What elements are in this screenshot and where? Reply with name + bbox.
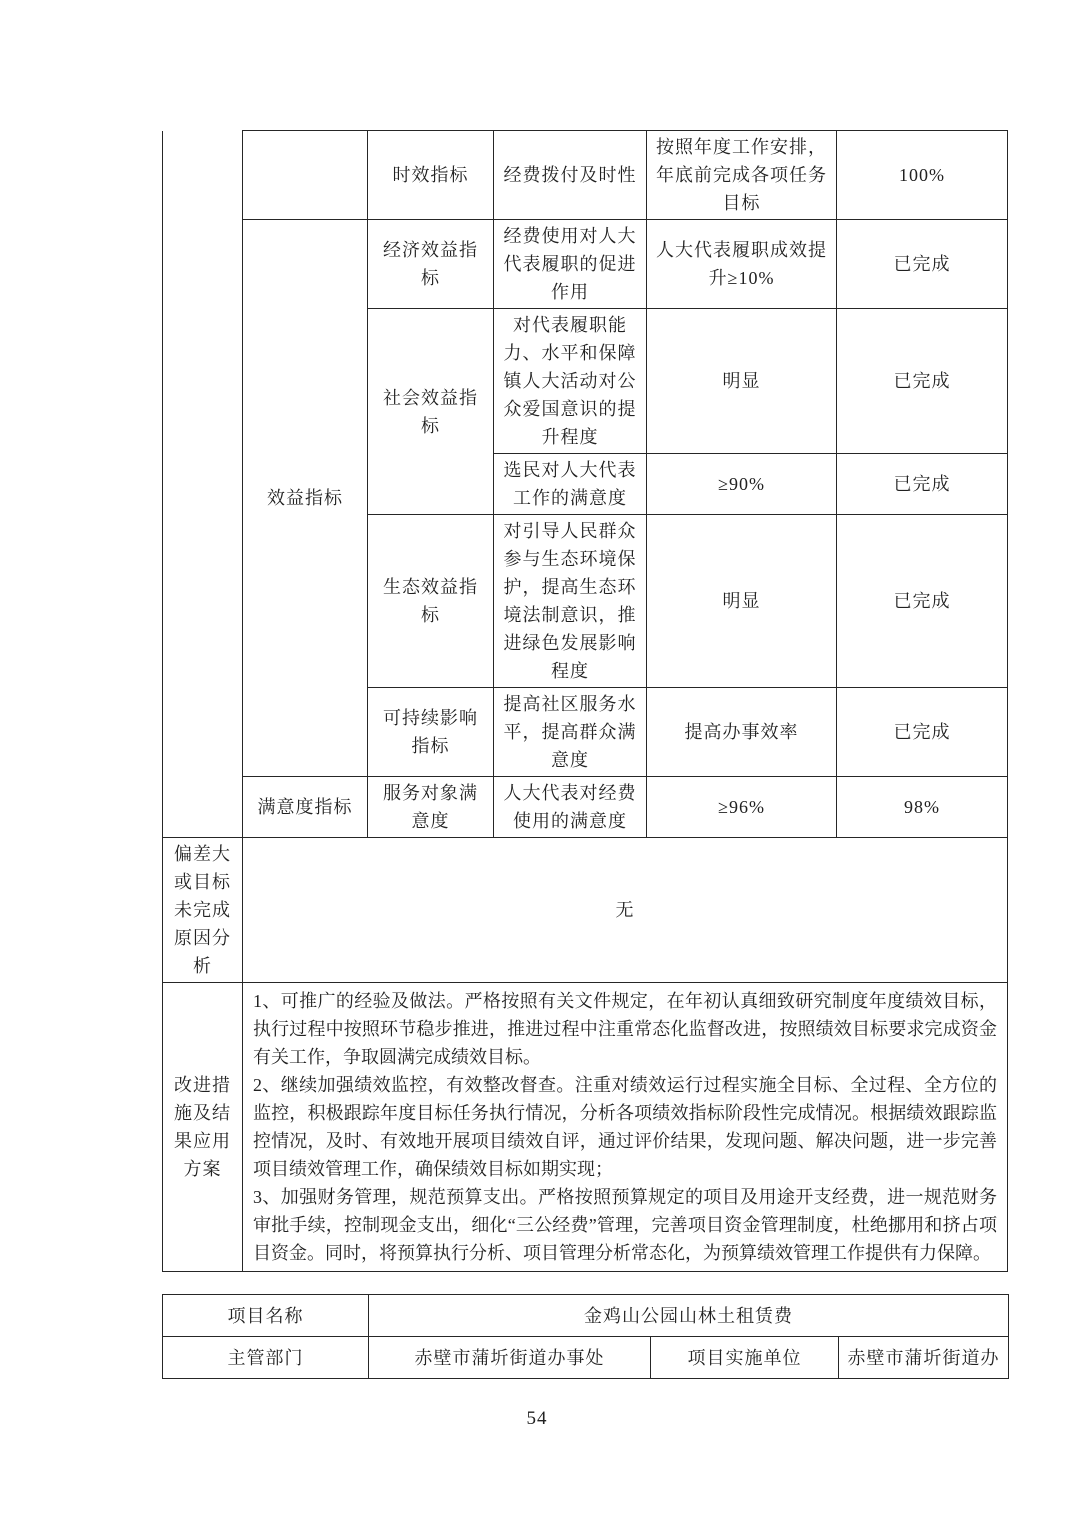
cell-label-dept: 主管部门	[163, 1337, 369, 1379]
document-page: 时效指标 经费拨付及时性 按照年度工作安排，年底前完成各项任务目标 100% 效…	[0, 0, 1074, 1520]
cell-name-social-b: 选民对人大代表工作的满意度	[494, 454, 647, 515]
cell-category-benefit: 效益指标	[243, 220, 368, 777]
cell-target-ecological: 明显	[647, 515, 837, 688]
cell-target-timeliness: 按照年度工作安排，年底前完成各项任务目标	[647, 131, 837, 220]
cell-value-impl-unit: 赤壁市蒲圻街道办	[839, 1337, 1009, 1379]
project-info-table: 项目名称 金鸡山公园山林土租赁费 主管部门 赤壁市蒲圻街道办事处 项目实施单位 …	[162, 1294, 1009, 1379]
improvement-paragraph-2: 2、继续加强绩效监控，有效整改督查。注重对绩效运行过程实施全目标、全过程、全方位…	[253, 1071, 997, 1183]
cell-type-sustainable: 可持续影响指标	[368, 688, 494, 777]
cell-continued-category-empty	[163, 131, 243, 838]
cell-target-sustainable: 提高办事效率	[647, 688, 837, 777]
cell-result-ecological: 已完成	[837, 515, 1008, 688]
cell-name-social-a: 对代表履职能力、水平和保障镇人大活动对公众爱国意识的提升程度	[494, 309, 647, 454]
cell-type-ecological: 生态效益指标	[368, 515, 494, 688]
cell-label-impl-unit: 项目实施单位	[651, 1337, 839, 1379]
cell-label-improvement-plan: 改进措施及结果应用方案	[163, 983, 243, 1272]
cell-type-satisfaction: 服务对象满意度	[368, 777, 494, 838]
cell-content-deviation-analysis: 无	[243, 838, 1008, 983]
performance-indicator-table: 时效指标 经费拨付及时性 按照年度工作安排，年底前完成各项任务目标 100% 效…	[162, 130, 1008, 1272]
cell-type-timeliness: 时效指标	[368, 131, 494, 220]
cell-content-improvement-plan: 1、可推广的经验及做法。严格按照有关文件规定，在年初认真细致研究制度年度绩效目标…	[243, 983, 1008, 1272]
cell-target-social-b: ≥90%	[647, 454, 837, 515]
improvement-paragraph-3: 3、加强财务管理，规范预算支出。严格按照预算规定的项目及用途开支经费，进一规范财…	[253, 1183, 997, 1267]
cell-target-satisfaction: ≥96%	[647, 777, 837, 838]
cell-value-dept: 赤壁市蒲圻街道办事处	[369, 1337, 651, 1379]
cell-result-social-b: 已完成	[837, 454, 1008, 515]
cell-type-social: 社会效益指标	[368, 309, 494, 515]
page-number: 54	[0, 1408, 1074, 1430]
cell-label-project-name: 项目名称	[163, 1295, 369, 1337]
cell-empty-subcategory	[243, 131, 368, 220]
cell-result-social-a: 已完成	[837, 309, 1008, 454]
cell-name-satisfaction: 人大代表对经费使用的满意度	[494, 777, 647, 838]
cell-result-economic: 已完成	[837, 220, 1008, 309]
cell-name-timeliness: 经费拨付及时性	[494, 131, 647, 220]
cell-target-social-a: 明显	[647, 309, 837, 454]
cell-label-deviation-analysis: 偏差大或目标未完成原因分析	[163, 838, 243, 983]
cell-type-economic: 经济效益指标	[368, 220, 494, 309]
cell-name-ecological: 对引导人民群众参与生态环境保护，提高生态环境法制意识，推进绿色发展影响程度	[494, 515, 647, 688]
cell-target-economic: 人大代表履职成效提升≥10%	[647, 220, 837, 309]
cell-name-economic: 经费使用对人大代表履职的促进作用	[494, 220, 647, 309]
cell-result-timeliness: 100%	[837, 131, 1008, 220]
cell-result-sustainable: 已完成	[837, 688, 1008, 777]
cell-result-satisfaction: 98%	[837, 777, 1008, 838]
cell-category-satisfaction: 满意度指标	[243, 777, 368, 838]
cell-name-sustainable: 提高社区服务水平，提高群众满意度	[494, 688, 647, 777]
improvement-paragraph-1: 1、可推广的经验及做法。严格按照有关文件规定，在年初认真细致研究制度年度绩效目标…	[253, 987, 997, 1071]
cell-value-project-name: 金鸡山公园山林土租赁费	[369, 1295, 1009, 1337]
